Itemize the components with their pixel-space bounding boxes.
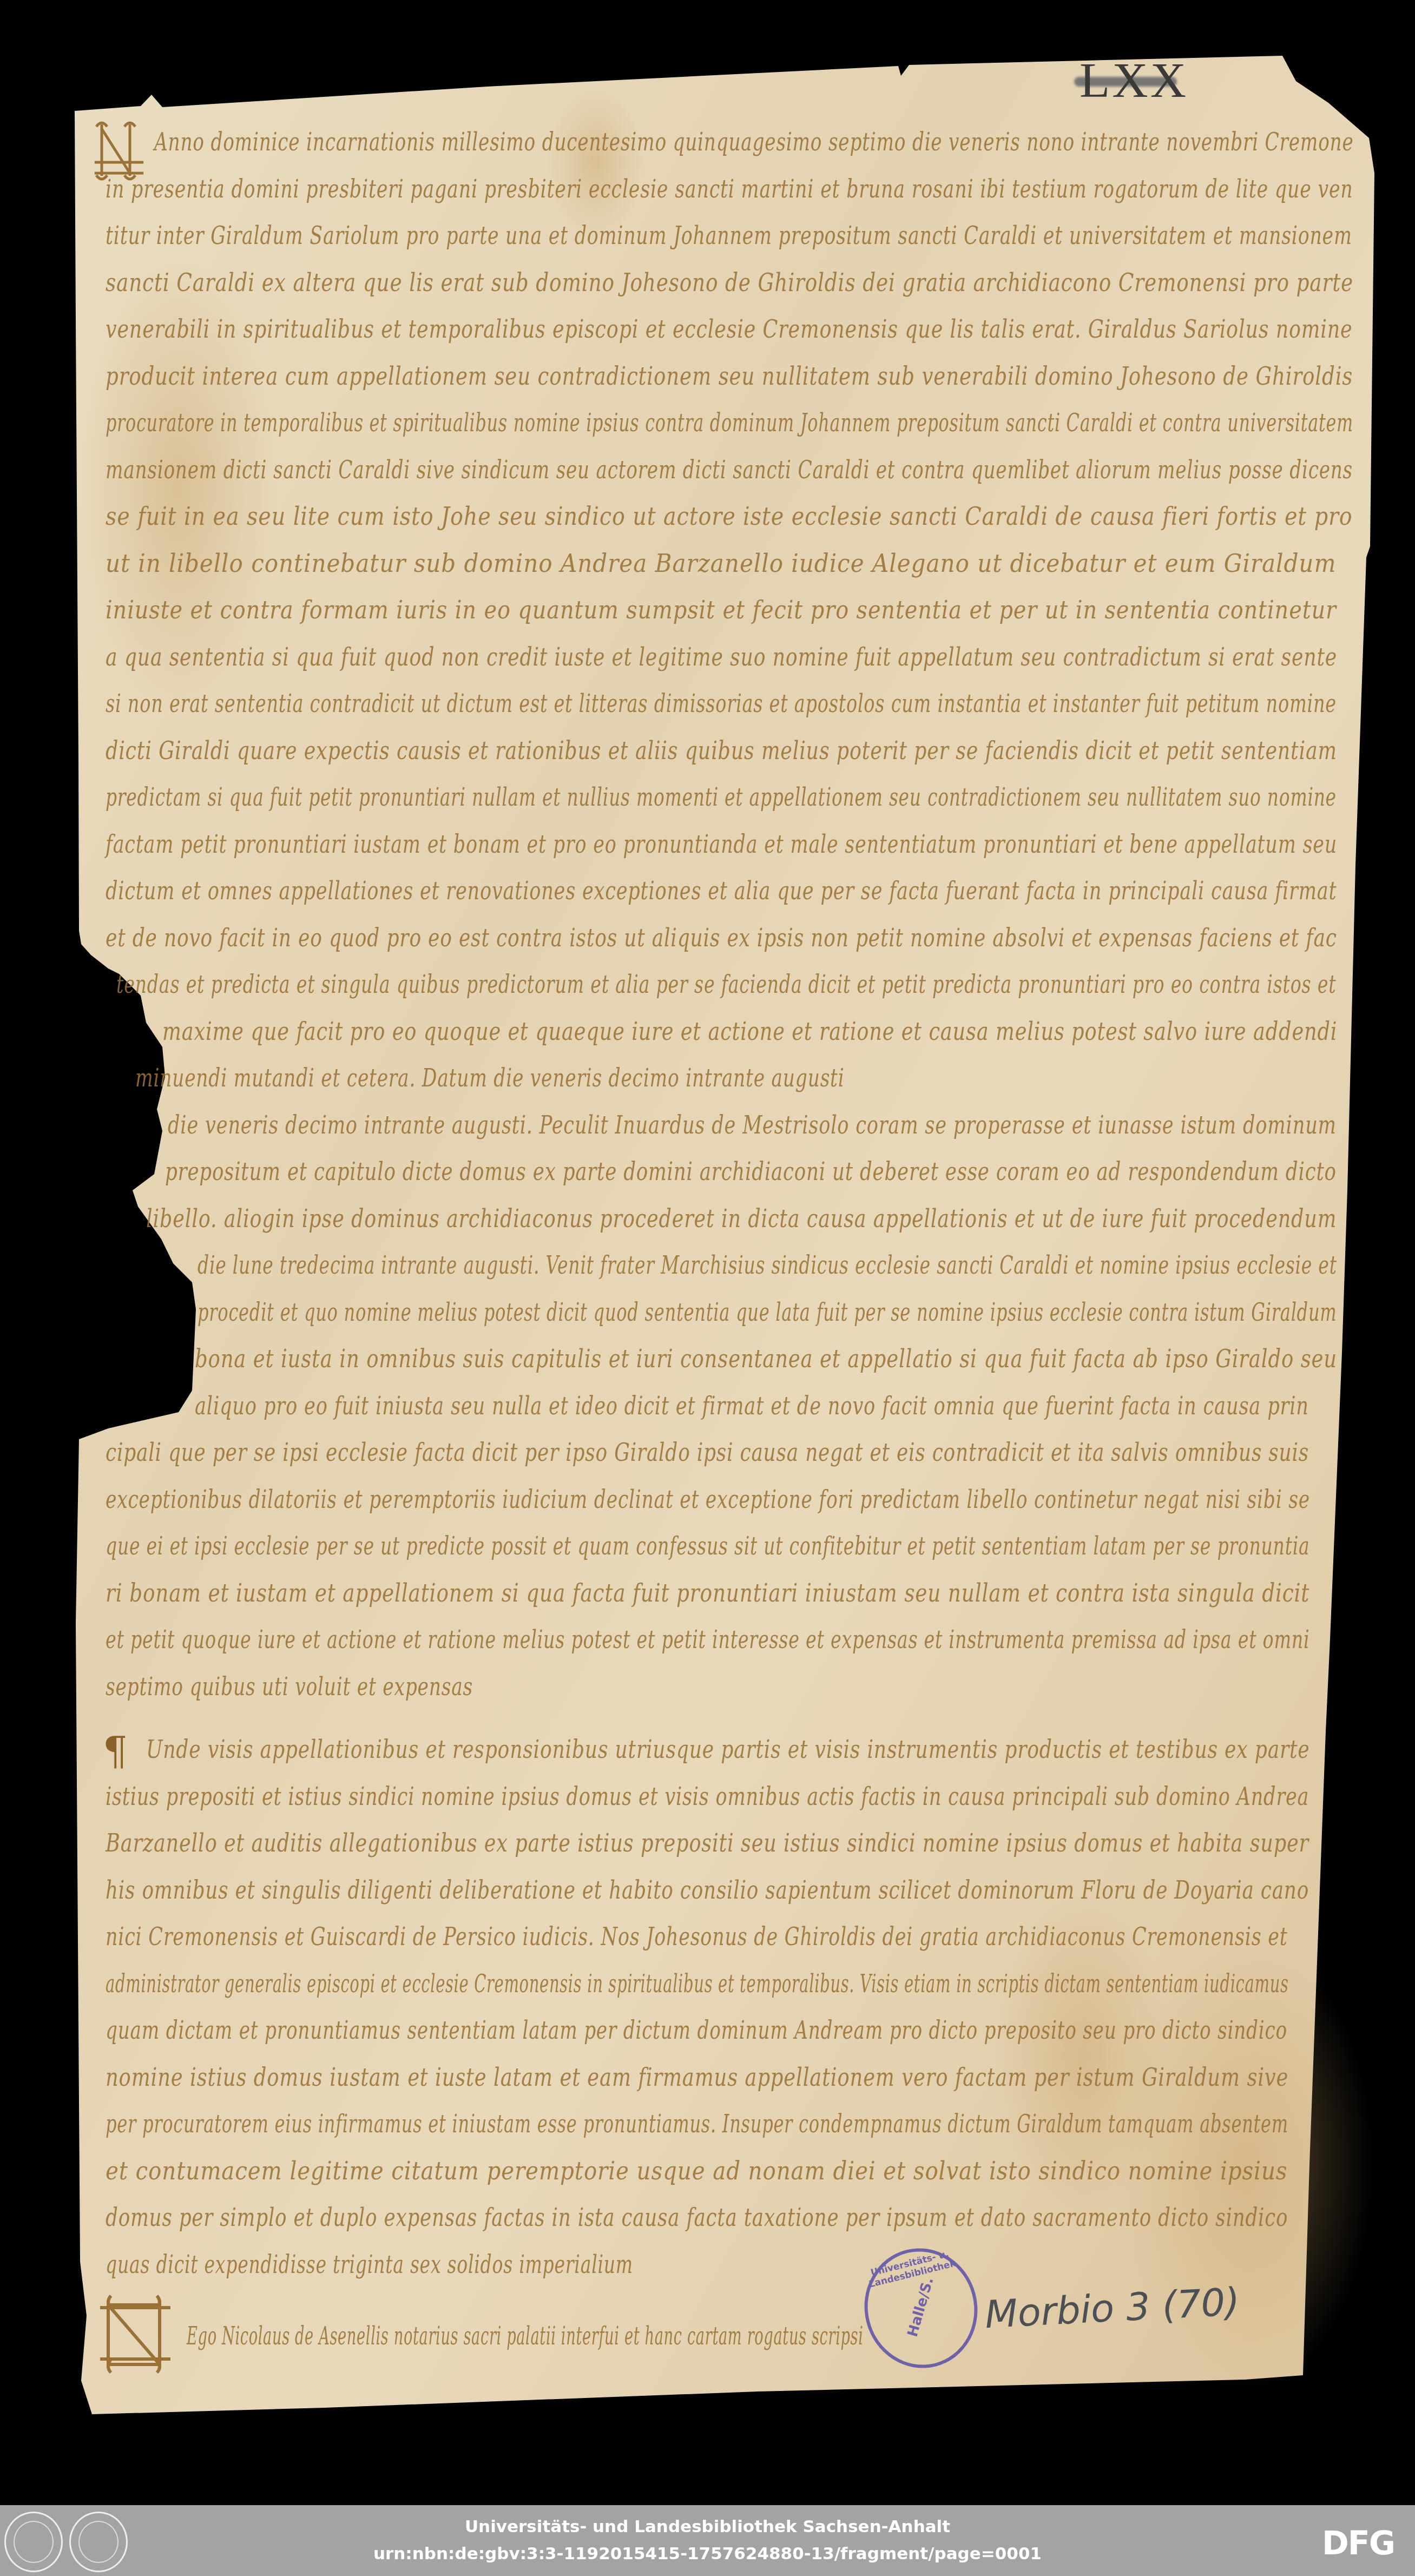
manuscript-line: dictum et omnes appellationes et renovat…	[106, 876, 1337, 905]
manuscript-line: tendas et predicta et singula quibus pre…	[116, 970, 1336, 999]
manuscript-line: nomine istius domus iustam et iuste lata…	[106, 2063, 1288, 2092]
manuscript-line: procuratore in temporalibus et spiritual…	[106, 408, 1353, 437]
manuscript-line: ut in libello continebatur sub domino An…	[106, 549, 1336, 578]
manuscript-line: die veneris decimo intrante augusti. Pec…	[168, 1110, 1337, 1139]
manuscript-line: procedit et quo nomine melius potest dic…	[198, 1297, 1337, 1327]
manuscript-line: factam petit pronuntiari iustam et bonam…	[106, 829, 1337, 859]
manuscript-line: domus per simplo et duplo expensas facta…	[106, 2203, 1288, 2232]
manuscript-line: a qua sententia si qua fuit quod non cre…	[106, 642, 1337, 671]
manuscript-line: iniuste et contra formam iuris in eo qua…	[106, 595, 1337, 624]
manuscript-line: in presentia domini presbiteri pagani pr…	[106, 174, 1353, 203]
manuscript-line: libello. aliogin ipse dominus archidiaco…	[146, 1204, 1337, 1233]
manuscript-line: cipali que per se ipsi ecclesie facta di…	[106, 1438, 1309, 1467]
manuscript-line: bona et iusta in omnibus suis capitulis …	[195, 1344, 1337, 1373]
manuscript-line: Barzanello et auditis allegationibus ex …	[106, 1828, 1309, 1857]
notary-subscription: Ego Nicolaus de Asenellis notarius sacri…	[187, 2321, 863, 2350]
manuscript-line: nici Cremonensis et Guiscardi de Persico…	[106, 1922, 1288, 1951]
manuscript-line: et de novo facit in eo quod pro eo est c…	[106, 923, 1337, 952]
paragraph-mark: ¶	[103, 1729, 128, 1774]
viewer-footer: Universitäts- und Landesbibliothek Sachs…	[0, 2505, 1415, 2576]
notary-signum-icon	[95, 2291, 176, 2378]
manuscript-line: Anno dominice incarnationis millesimo du…	[154, 127, 1354, 156]
manuscript-line: quam dictam et pronuntiamus sententiam l…	[106, 2015, 1287, 2045]
manuscript-line: ri bonam et iustam et appellationem si q…	[106, 1578, 1309, 1607]
manuscript-line: et contumacem legitime citatum peremptor…	[106, 2156, 1287, 2185]
manuscript-line: prepositum et capitulo dicte domus ex pa…	[165, 1157, 1337, 1186]
manuscript-line: exceptionibus dilatoriis et peremptoriis…	[106, 1485, 1310, 1514]
manuscript-text: Anno dominice incarnationis millesimo du…	[0, 0, 1415, 2505]
manuscript-line: si non erat sententia contradicit ut dic…	[106, 689, 1337, 718]
manuscript-line: sancti Caraldi ex altera que lis erat su…	[106, 268, 1353, 297]
manuscript-line: dicti Giraldi quare expectis causis et r…	[106, 736, 1337, 765]
document-viewer: Anno dominice incarnationis millesimo du…	[0, 0, 1415, 2505]
manuscript-line: que ei et ipsi ecclesie per se ut predic…	[106, 1531, 1309, 1560]
dfg-logo: DFG	[1322, 2525, 1394, 2562]
manuscript-line: titur inter Giraldum Sariolum pro parte …	[106, 221, 1352, 250]
manuscript-line: minuendi mutandi et cetera. Datum die ve…	[135, 1063, 844, 1092]
manuscript-line: administrator generalis episcopi et eccl…	[106, 1969, 1289, 1998]
manuscript-line: per procuratorem eius infirmamus et iniu…	[106, 2109, 1288, 2138]
manuscript-line: venerabili in spiritualibus et temporali…	[106, 314, 1352, 344]
manuscript-line: aliquo pro eo fuit iniusta seu nulla et …	[195, 1391, 1309, 1420]
manuscript-line: his omnibus et singulis diligenti delibe…	[106, 1875, 1309, 1905]
manuscript-line: quas dicit expendidisse triginta sex sol…	[106, 2250, 633, 2279]
manuscript-line: septimo quibus uti voluit et expensas	[106, 1672, 473, 1701]
manuscript-line: mansionem dicti sancti Caraldi sive sind…	[106, 455, 1353, 484]
manuscript-line: et petit quoque iure et actione et ratio…	[106, 1625, 1309, 1654]
manuscript-line: se fuit in ea seu lite cum isto Johe seu…	[106, 502, 1353, 531]
manuscript-line: die lune tredecima intrante augusti. Ven…	[198, 1250, 1337, 1280]
manuscript-line: producit interea cum appellationem seu c…	[106, 361, 1353, 391]
institution-name: Universitäts- und Landesbibliothek Sachs…	[0, 2517, 1415, 2537]
manuscript-line: Unde visis appellationibus et responsion…	[146, 1735, 1310, 1764]
urn-identifier: urn:nbn:de:gbv:3:3-1192015415-1757624880…	[0, 2544, 1415, 2564]
manuscript-line: predictam si qua fuit petit pronuntiari …	[106, 782, 1337, 812]
shelfmark-number: LXX	[1080, 51, 1188, 109]
manuscript-line: istius prepositi et istius sindici nomin…	[106, 1782, 1309, 1811]
manuscript-line: maxime que facit pro eo quoque et quaequ…	[162, 1017, 1337, 1046]
